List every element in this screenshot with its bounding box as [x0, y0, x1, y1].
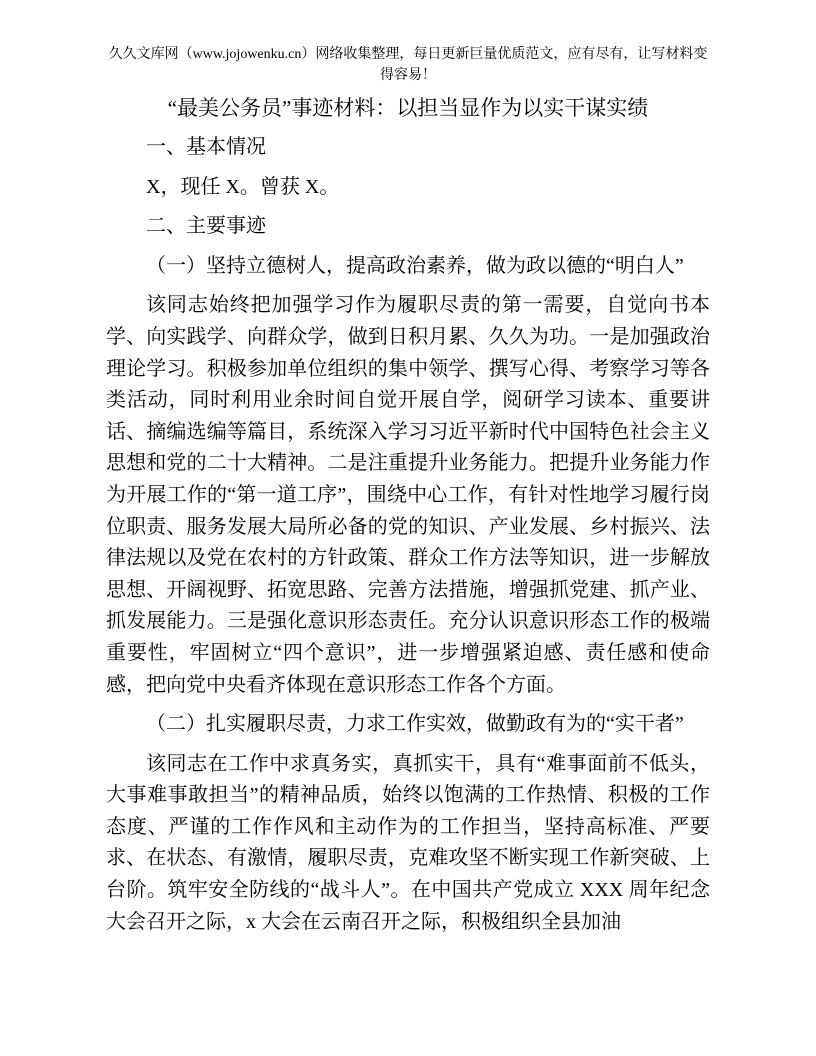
heading-subsection-1: （一）坚持立德树人，提高政治素养，做为政以德的“明白人”	[106, 251, 710, 283]
heading-subsection-2: （二）扎实履职尽责，力求工作实效，做勤政有为的“实干者”	[106, 709, 710, 741]
document-page: 久久文库网（www.jojowenku.cn）网络收集整理，每日更新巨量优质范文…	[0, 0, 816, 1056]
paragraph-basic-info: X，现任 X。曾获 X。	[106, 172, 710, 204]
site-watermark-notice: 久久文库网（www.jojowenku.cn）网络收集整理，每日更新巨量优质范文…	[106, 44, 710, 86]
paragraph-subsection-1: 该同志始终把加强学习作为履职尽责的第一需要，自觉向书本学、向实践学、向群众学，做…	[106, 290, 710, 701]
heading-main-deeds: 二、主要事迹	[106, 211, 710, 243]
paragraph-subsection-2: 该同志在工作中求真务实，真抓实干，具有“难事面前不低头，大事难事敢担当”的精神品…	[106, 749, 710, 939]
heading-basic-info: 一、基本情况	[106, 132, 710, 164]
document-title: “最美公务员”事迹材料：以担当显作为以实干谋实绩	[106, 92, 710, 124]
